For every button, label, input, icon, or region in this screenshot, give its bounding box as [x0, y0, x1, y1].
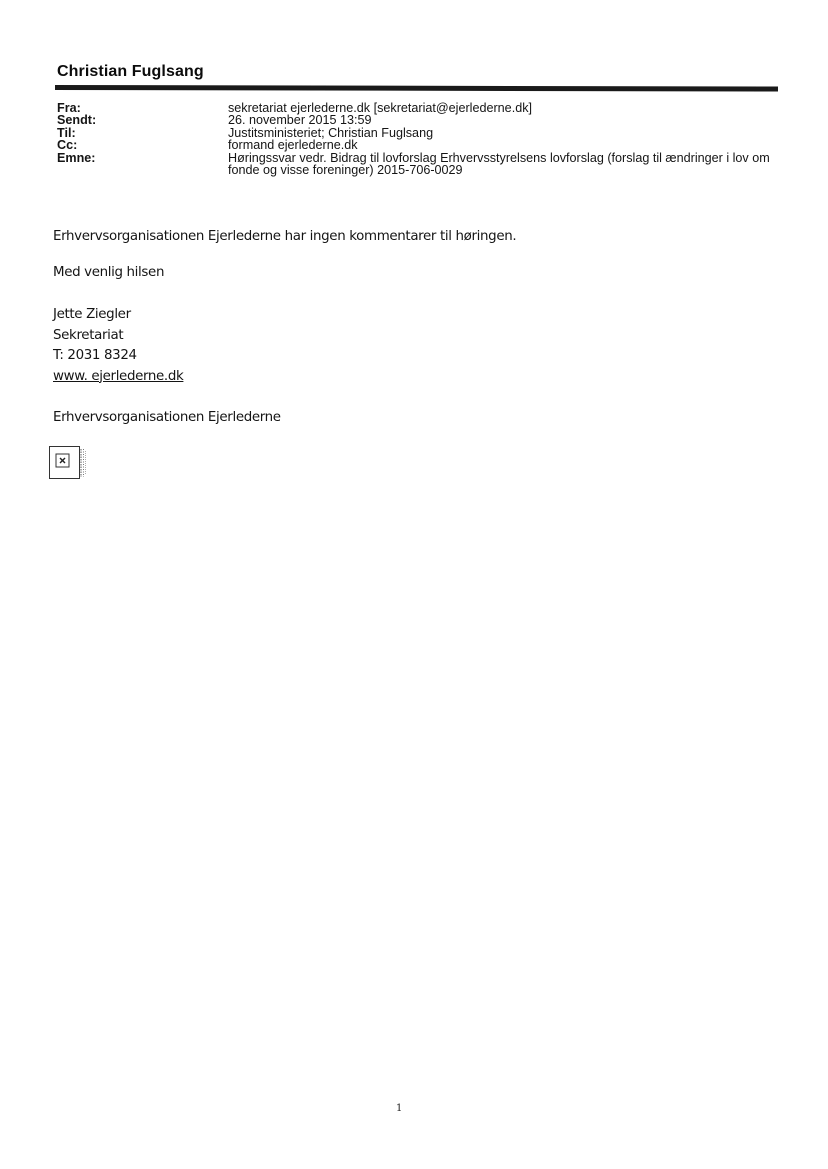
- signature-website-link[interactable]: www. ejerlederne.dk: [53, 369, 183, 384]
- sender-header-name: Christian Fuglsang: [57, 63, 204, 81]
- meta-row-from: Fra: sekretariat ejerlederne.dk [sekreta…: [57, 102, 780, 114]
- meta-label-sent: Sendt:: [57, 114, 228, 126]
- broken-image-icon: [49, 446, 87, 479]
- signature-title: Sekretariat: [53, 326, 281, 347]
- meta-label-subject: Emne:: [57, 152, 228, 177]
- meta-row-to: Til: Justitsministeriet; Christian Fugls…: [57, 127, 780, 139]
- meta-row-subject: Emne: Høringssvar vedr. Bidrag til lovfo…: [57, 152, 780, 177]
- meta-value-cc: formand ejerlederne.dk: [228, 139, 780, 151]
- signature-spacer: [53, 387, 281, 408]
- body-paragraph: Erhvervsorganisationen Ejerlederne har i…: [53, 229, 516, 244]
- signature-phone: T: 2031 8324: [53, 346, 281, 367]
- email-metadata: Fra: sekretariat ejerlederne.dk [sekreta…: [57, 102, 780, 176]
- signature-organization: Erhvervsorganisationen Ejerlederne: [53, 408, 281, 429]
- meta-label-cc: Cc:: [57, 139, 228, 151]
- meta-row-sent: Sendt: 26. november 2015 13:59: [57, 114, 780, 126]
- body-closing: Med venlig hilsen: [53, 265, 164, 280]
- meta-label-to: Til:: [57, 127, 228, 139]
- meta-value-subject: Høringssvar vedr. Bidrag til lovforslag …: [228, 152, 780, 177]
- page-number: 1: [396, 1103, 402, 1114]
- meta-value-sent: 26. november 2015 13:59: [228, 114, 780, 126]
- meta-row-cc: Cc: formand ejerlederne.dk: [57, 139, 780, 151]
- header-divider: [55, 85, 778, 92]
- signature-name: Jette Ziegler: [53, 305, 281, 326]
- signature-block: Jette Ziegler Sekretariat T: 2031 8324 w…: [53, 305, 281, 429]
